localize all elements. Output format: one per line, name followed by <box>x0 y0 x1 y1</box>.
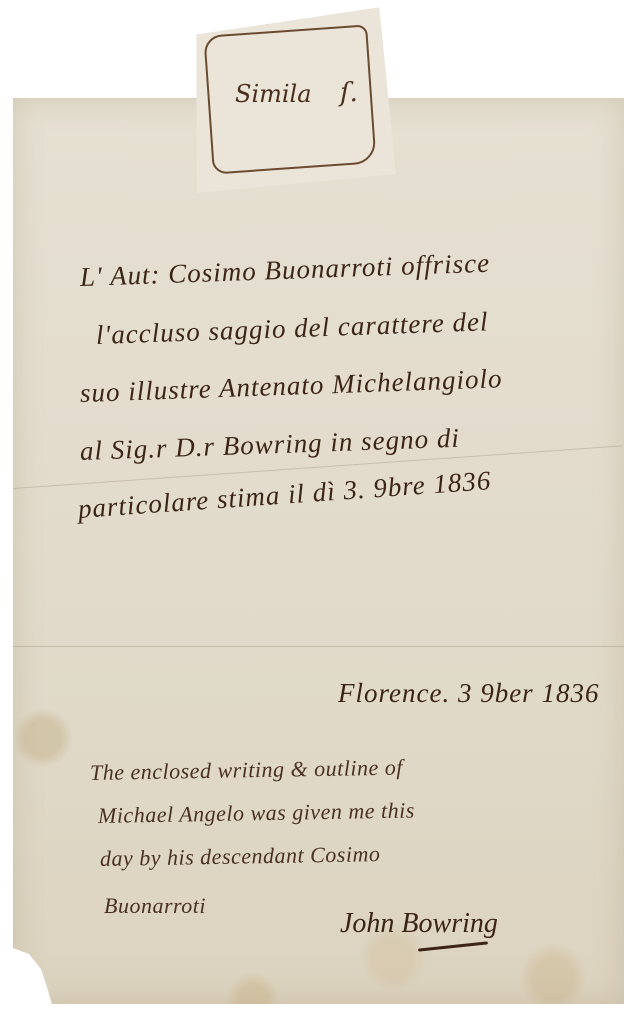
autograph-mark: ſ. <box>340 78 358 108</box>
fold-line <box>13 646 624 647</box>
english-line-2: Michael Angelo was given me this <box>98 797 415 829</box>
autograph-text: Simila <box>235 80 312 108</box>
english-dateline: Florence. 3 9ber 1836 <box>338 678 599 709</box>
english-line-3: day by his descendant Cosimo <box>100 841 381 872</box>
english-line-4: Buonarroti <box>104 893 206 919</box>
english-line-1: The enclosed writing & outline of <box>90 755 403 786</box>
signature: John Bowring <box>340 908 498 940</box>
